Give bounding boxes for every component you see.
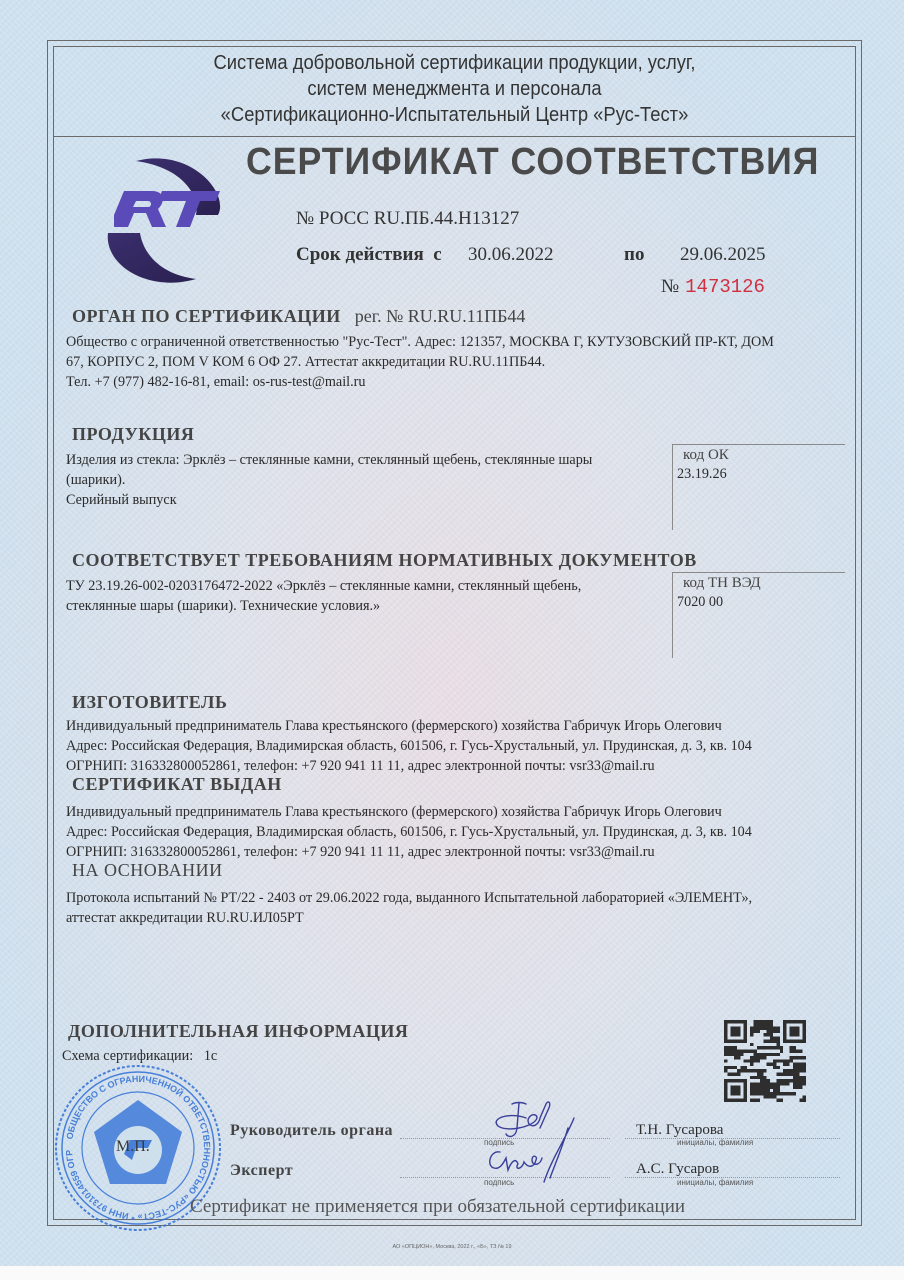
issued-to-details: Индивидуальный предприниматель Глава кре… [66, 802, 752, 862]
okpd-code-value: 23.19.26 [677, 466, 845, 483]
issued-to-line: ОГРНИП: 316332800052861, телефон: +7 920… [66, 842, 752, 862]
organ-details: Общество с ограниченной ответственностью… [66, 332, 774, 392]
number-sign: № [661, 276, 679, 297]
organ-title: ОРГАН ПО СЕРТИФИКАЦИИ [72, 306, 341, 326]
certificate-number: № РОСС RU.ПБ.44.Н13127 [296, 208, 519, 230]
product-line: (шарики). [66, 470, 592, 490]
tnved-code-label: код ТН ВЭД [683, 575, 845, 592]
basis-line: аттестат аккредитации RU.RU.ИЛ05РТ [66, 908, 752, 928]
rt-logo-icon [100, 153, 230, 285]
head-name: Т.Н. Гусарова [636, 1122, 723, 1139]
issued-to-line: Адрес: Российская Федерация, Владимирска… [66, 822, 752, 842]
stamp-placeholder-label: М.П. [116, 1138, 150, 1156]
manufacturer-line: Индивидуальный предприниматель Глава кре… [66, 716, 752, 736]
basis-line: Протокола испытаний № РТ/22 - 2403 от 29… [66, 888, 752, 908]
name-caption: инициалы, фамилия [677, 1138, 753, 1147]
head-of-organ-label: Руководитель органа [230, 1122, 393, 1140]
system-header-line: систем менеджмента и персонала [85, 76, 824, 102]
issued-to-section-title: СЕРТИФИКАТ ВЫДАН [72, 774, 282, 795]
product-section-title: ПРОДУКЦИЯ [72, 424, 194, 445]
product-line: Изделия из стекла: Эрклёз – стеклянные к… [66, 450, 592, 470]
compliance-line: ТУ 23.19.26-002-0203176472-2022 «Эрклёз … [66, 576, 581, 596]
certification-system-header: Система добровольной сертификации продук… [53, 50, 856, 128]
product-details: Изделия из стекла: Эрклёз – стеклянные к… [66, 450, 592, 510]
compliance-section-title: СООТВЕТСТВУЕТ ТРЕБОВАНИЯМ НОРМАТИВНЫХ ДО… [72, 550, 697, 571]
additional-section-title: ДОПОЛНИТЕЛЬНАЯ ИНФОРМАЦИЯ [68, 1021, 408, 1042]
compliance-line: стеклянные шары (шарики). Технические ус… [66, 596, 581, 616]
system-header-line: «Сертификационно-Испытательный Центр «Ру… [85, 102, 824, 128]
to-label: по [624, 244, 644, 266]
blank-number: №1473126 [661, 276, 765, 298]
system-header-line: Система добровольной сертификации продук… [85, 50, 824, 76]
page-bottom-margin [0, 1266, 904, 1280]
handwritten-signature-icon [470, 1098, 590, 1188]
tnved-code-value: 7020 00 [677, 594, 845, 611]
validity-label: Срок действия [296, 244, 424, 265]
valid-to-date: 29.06.2025 [680, 244, 766, 266]
manufacturer-section-title: ИЗГОТОВИТЕЛЬ [72, 692, 227, 713]
certificate-number-value: РОСС RU.ПБ.44.Н13127 [319, 208, 519, 229]
name-caption: инициалы, фамилия [677, 1178, 753, 1187]
expert-label: Эксперт [230, 1162, 293, 1180]
blank-number-value: 1473126 [685, 276, 765, 298]
compliance-details: ТУ 23.19.26-002-0203176472-2022 «Эрклёз … [66, 576, 581, 616]
manufacturer-line: Адрес: Российская Федерация, Владимирска… [66, 736, 752, 756]
manufacturer-details: Индивидуальный предприниматель Глава кре… [66, 716, 752, 776]
issued-to-line: Индивидуальный предприниматель Глава кре… [66, 802, 752, 822]
qr-code-icon [724, 1020, 806, 1102]
okpd-code-label: код ОК [683, 447, 845, 464]
tnved-code-box: код ТН ВЭД 7020 00 [672, 572, 845, 658]
certificate-title: СЕРТИФИКАТ СООТВЕТСТВИЯ [246, 141, 819, 184]
okpd-code-box: код ОК 23.19.26 [672, 444, 845, 530]
non-mandatory-disclaimer: Сертификат не применяется при обязательн… [190, 1196, 685, 1218]
organ-registration: рег. № RU.RU.11ПБ44 [355, 306, 526, 326]
basis-details: Протокола испытаний № РТ/22 - 2403 от 29… [66, 888, 752, 928]
validity-period: Срок действия с 30.06.2022 по 29.06.2025 [296, 244, 442, 266]
manufacturer-line: ОГРНИП: 316332800052861, телефон: +7 920… [66, 756, 752, 776]
organ-line: 67, КОРПУС 2, ПОМ V КОМ 6 ОФ 27. Аттеста… [66, 352, 774, 372]
number-sign: № [296, 208, 314, 229]
basis-section-title: НА ОСНОВАНИИ [72, 860, 223, 881]
organ-line: Тел. +7 (977) 482-16-81, email: os-rus-t… [66, 372, 774, 392]
expert-name: А.С. Гусаров [636, 1161, 719, 1178]
product-line: Серийный выпуск [66, 490, 592, 510]
valid-from-date: 30.06.2022 [468, 244, 554, 266]
organ-section-title: ОРГАН ПО СЕРТИФИКАЦИИрег. № RU.RU.11ПБ44 [72, 306, 525, 327]
header-divider [53, 136, 856, 137]
printer-imprint: АО «ОПЦИОН», Москва, 2022 г., «Б», ТЗ № … [0, 1244, 904, 1250]
from-label: с [433, 244, 441, 265]
organ-line: Общество с ограниченной ответственностью… [66, 332, 774, 352]
